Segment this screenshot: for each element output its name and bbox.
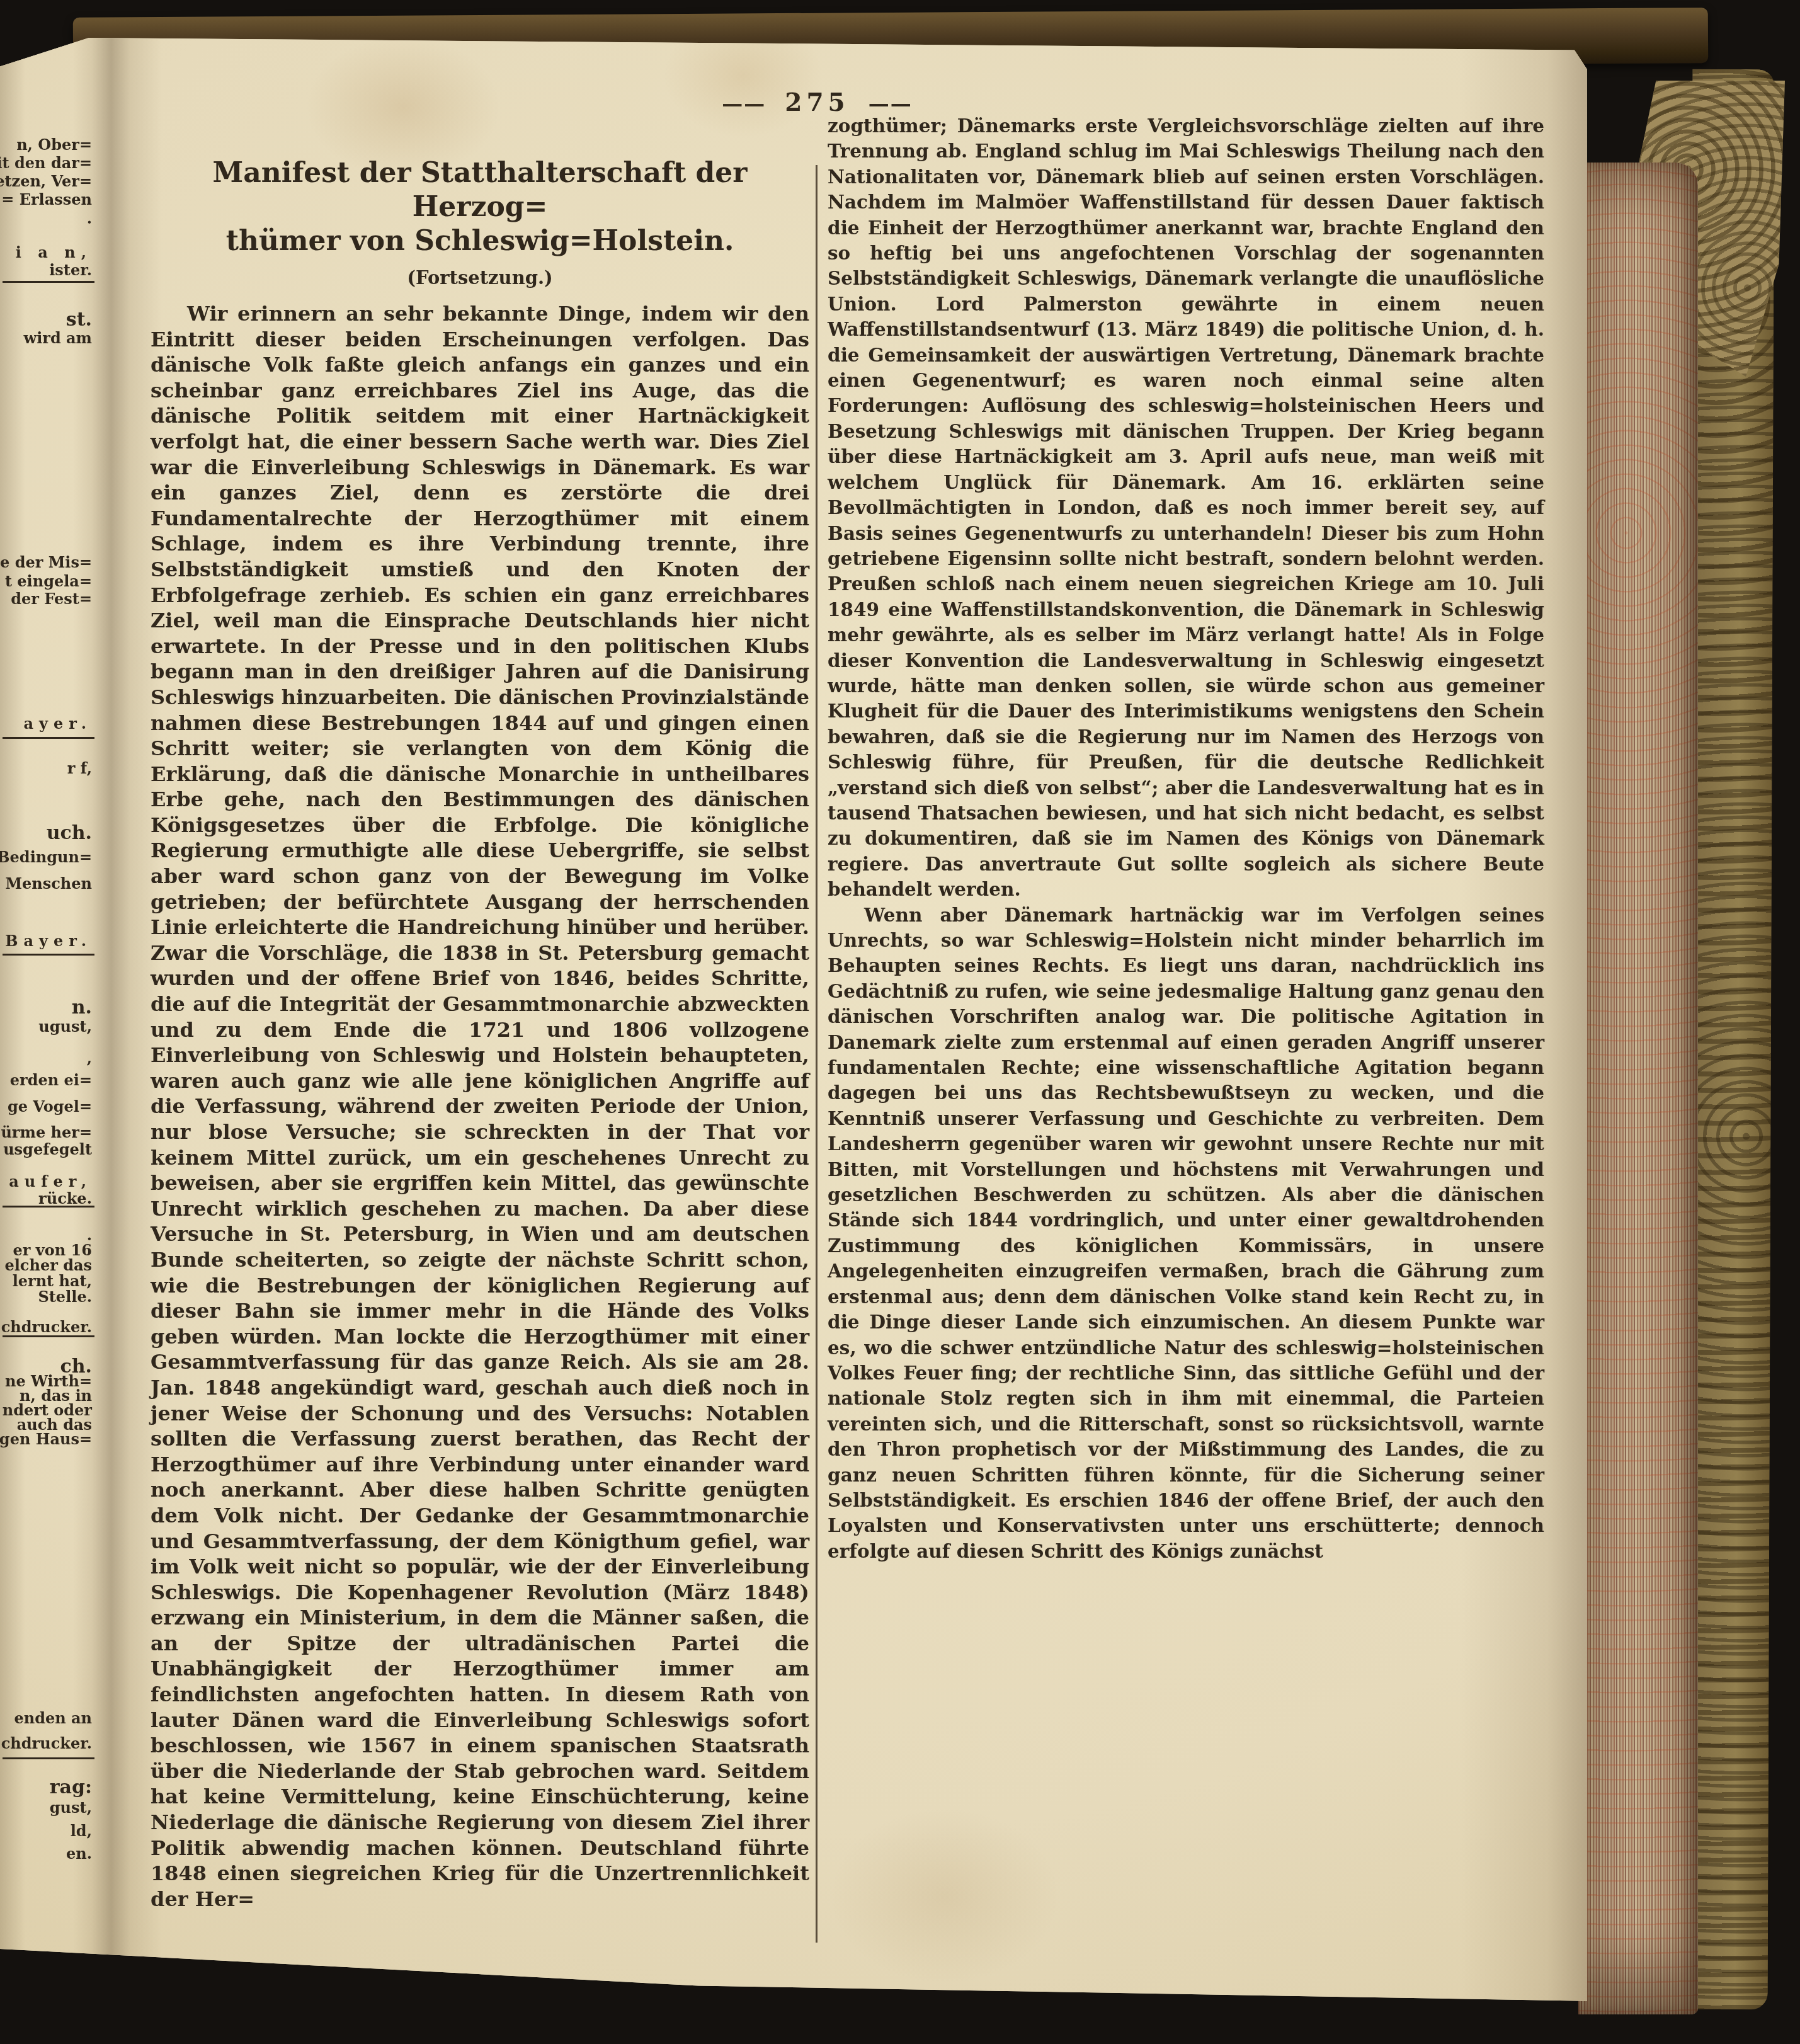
left-page-fragment-line: i a n,	[16, 244, 92, 260]
left-page-fragment-text: ugust,	[38, 1017, 92, 1036]
left-page-fragment-text: = Erlassen	[1, 190, 92, 208]
body-paragraph: Wir erinnern an sehr bekannte Dinge, ind…	[151, 301, 809, 1912]
left-page-fragment-text: der Fest=	[11, 590, 92, 608]
left-page-fragment-text: t eingela=	[5, 572, 92, 590]
left-page-fragment-line: it den dar=	[0, 155, 92, 171]
left-page-fragment-line: erden ei=	[10, 1072, 92, 1088]
left-page-fragment-text: rag:	[50, 1776, 92, 1798]
header-dash-right: ——	[869, 91, 913, 116]
left-page-fragment-line	[3, 1757, 94, 1759]
left-page-fragment-line: .	[87, 210, 92, 226]
column-divider	[816, 165, 817, 1943]
body-paragraph: zogthümer; Dänemarks erste Vergleichsvor…	[828, 113, 1544, 903]
left-page-fragment-line: uch.	[47, 823, 92, 843]
left-page-fragment-line: chdrucker.	[1, 1735, 92, 1751]
left-page-fragment-text: gen Haus=	[0, 1430, 92, 1448]
left-page-fragment-line: chdrucker.	[1, 1319, 92, 1335]
header-dash-left: ——	[722, 91, 766, 116]
left-page-fragment-line: ister.	[49, 262, 92, 278]
left-page-fragment-text: Bayer.	[5, 932, 92, 950]
right-column: zogthümer; Dänemarks erste Vergleichsvor…	[828, 113, 1544, 1564]
left-page-fragment-line: etzen, Ver=	[0, 173, 92, 189]
left-page-fragment-text: ister.	[49, 261, 92, 279]
left-page-fragment-line: enden an	[14, 1710, 92, 1726]
left-page-fragment-text: enden an	[14, 1709, 92, 1727]
body-paragraph: Wenn aber Dänemark hartnäckig war im Ver…	[828, 903, 1544, 1565]
left-page-fragment-text: ayer.	[23, 714, 92, 733]
left-page-fragment-text: ürme her=	[1, 1123, 92, 1141]
left-page-fragment-text: Bedingun=	[0, 848, 92, 866]
left-page-fragment-line: ayer.	[23, 716, 92, 731]
left-page-fragment-text: ,	[87, 1049, 92, 1067]
left-page-fragment-line: n.	[72, 998, 92, 1018]
left-page-fragment-line: ,	[87, 1050, 92, 1066]
left-page-fragment-line: elcher das	[4, 1257, 92, 1273]
left-page-fragment-line: Stelle.	[38, 1289, 92, 1305]
left-page-fragment-text: i a n,	[16, 243, 92, 261]
article-title-line1: Manifest der Statthalterschaft der Herzo…	[212, 157, 747, 223]
left-page-fragment-line: Menschen	[5, 876, 92, 891]
left-page-fragment-text: st.	[66, 309, 92, 331]
left-page-fragment-text: etzen, Ver=	[0, 172, 92, 190]
left-page-fragment-text: wird am	[23, 329, 92, 347]
left-page-fragment-line: en.	[66, 1846, 92, 1861]
left-page-fragment-line: ürme her=	[1, 1124, 92, 1140]
left-page-fragment-line: e der Mis=	[0, 554, 92, 570]
left-page-fragment-line: lernt hat,	[13, 1273, 92, 1289]
left-page-fragment-line: wird am	[23, 330, 92, 346]
left-page-fragment-text: it den dar=	[0, 154, 92, 172]
left-page-fragment-line: gen Haus=	[0, 1431, 92, 1447]
left-page-fragment-line: rücke.	[38, 1190, 92, 1206]
left-page-fragment-line	[3, 737, 94, 739]
left-page-fragment-line	[3, 1206, 94, 1208]
left-page-fragment-text: aufer,	[9, 1172, 92, 1190]
left-page-fragment-text: ge Vogel=	[8, 1097, 92, 1116]
left-page-fragment-text: chdrucker.	[1, 1734, 92, 1752]
left-page-fragment-text: n.	[72, 996, 92, 1019]
left-page-fragment-line: r f,	[67, 760, 92, 776]
left-page-fragment-text: Stelle.	[38, 1287, 92, 1306]
left-page-fragment-text: ld,	[71, 1822, 92, 1840]
left-page-fragment-text: usgefegelt	[3, 1140, 92, 1158]
left-page-fragment-line: aufer,	[9, 1173, 92, 1189]
book-scan: n, Ober= it den dar= etzen, Ver= = Erlas…	[0, 0, 1800, 2044]
left-page-fragment-line: ge Vogel=	[8, 1099, 92, 1114]
left-page-fragment-text: rücke.	[38, 1189, 92, 1208]
left-page-fragment-line	[3, 281, 94, 283]
left-page-fragment-line: Bayer.	[5, 933, 92, 949]
left-page-fragment-line: Bedingun=	[0, 849, 92, 865]
left-page-fragment-line: ld,	[71, 1823, 92, 1839]
left-page-fragment-line	[3, 1335, 94, 1337]
article-title-line2: thümer von Schleswig=Holstein.	[226, 225, 734, 257]
left-page-fragment-line	[3, 954, 94, 956]
left-page-fragment-text: chdrucker.	[1, 1318, 92, 1336]
left-page-fragment-line: ugust,	[38, 1019, 92, 1034]
left-column: Manifest der Statthalterschaft der Herzo…	[151, 156, 809, 1912]
left-page-fragment-text: Menschen	[5, 874, 92, 893]
left-page-fragment-line: n, Ober=	[16, 137, 92, 152]
left-page-fragment-line: der Fest=	[11, 591, 92, 607]
left-page-fragment-line: rag:	[50, 1778, 92, 1798]
left-page-fragment-text: n, Ober=	[16, 135, 92, 154]
left-page-fragment-text: r f,	[67, 759, 92, 777]
article-subtitle: (Fortsetzung.)	[151, 267, 809, 288]
page-spread: n, Ober= it den dar= etzen, Ver= = Erlas…	[0, 0, 1587, 2044]
left-page-fragment-text: uch.	[47, 822, 92, 844]
left-page-fragment-line: t eingela=	[5, 573, 92, 589]
left-page-fragments: n, Ober= it den dar= etzen, Ver= = Erlas…	[0, 0, 96, 2044]
left-page-fragment-text: erden ei=	[10, 1071, 92, 1089]
left-page-fragment-text: en.	[66, 1844, 92, 1863]
left-page-fragment-text: .	[87, 209, 92, 227]
book-page-edges	[1578, 163, 1698, 2014]
left-page-fragment-line: gust,	[50, 1800, 92, 1815]
left-page-fragment-line: st.	[66, 310, 92, 330]
left-column-text: Wir erinnern an sehr bekannte Dinge, ind…	[151, 301, 809, 1912]
left-page-fragment-line: = Erlassen	[1, 191, 92, 207]
left-page-fragment-text: e der Mis=	[0, 553, 92, 571]
left-page-fragment-line: usgefegelt	[3, 1141, 92, 1157]
left-page-fragment-text: gust,	[50, 1798, 92, 1817]
article-title: Manifest der Statthalterschaft der Herzo…	[151, 156, 809, 258]
